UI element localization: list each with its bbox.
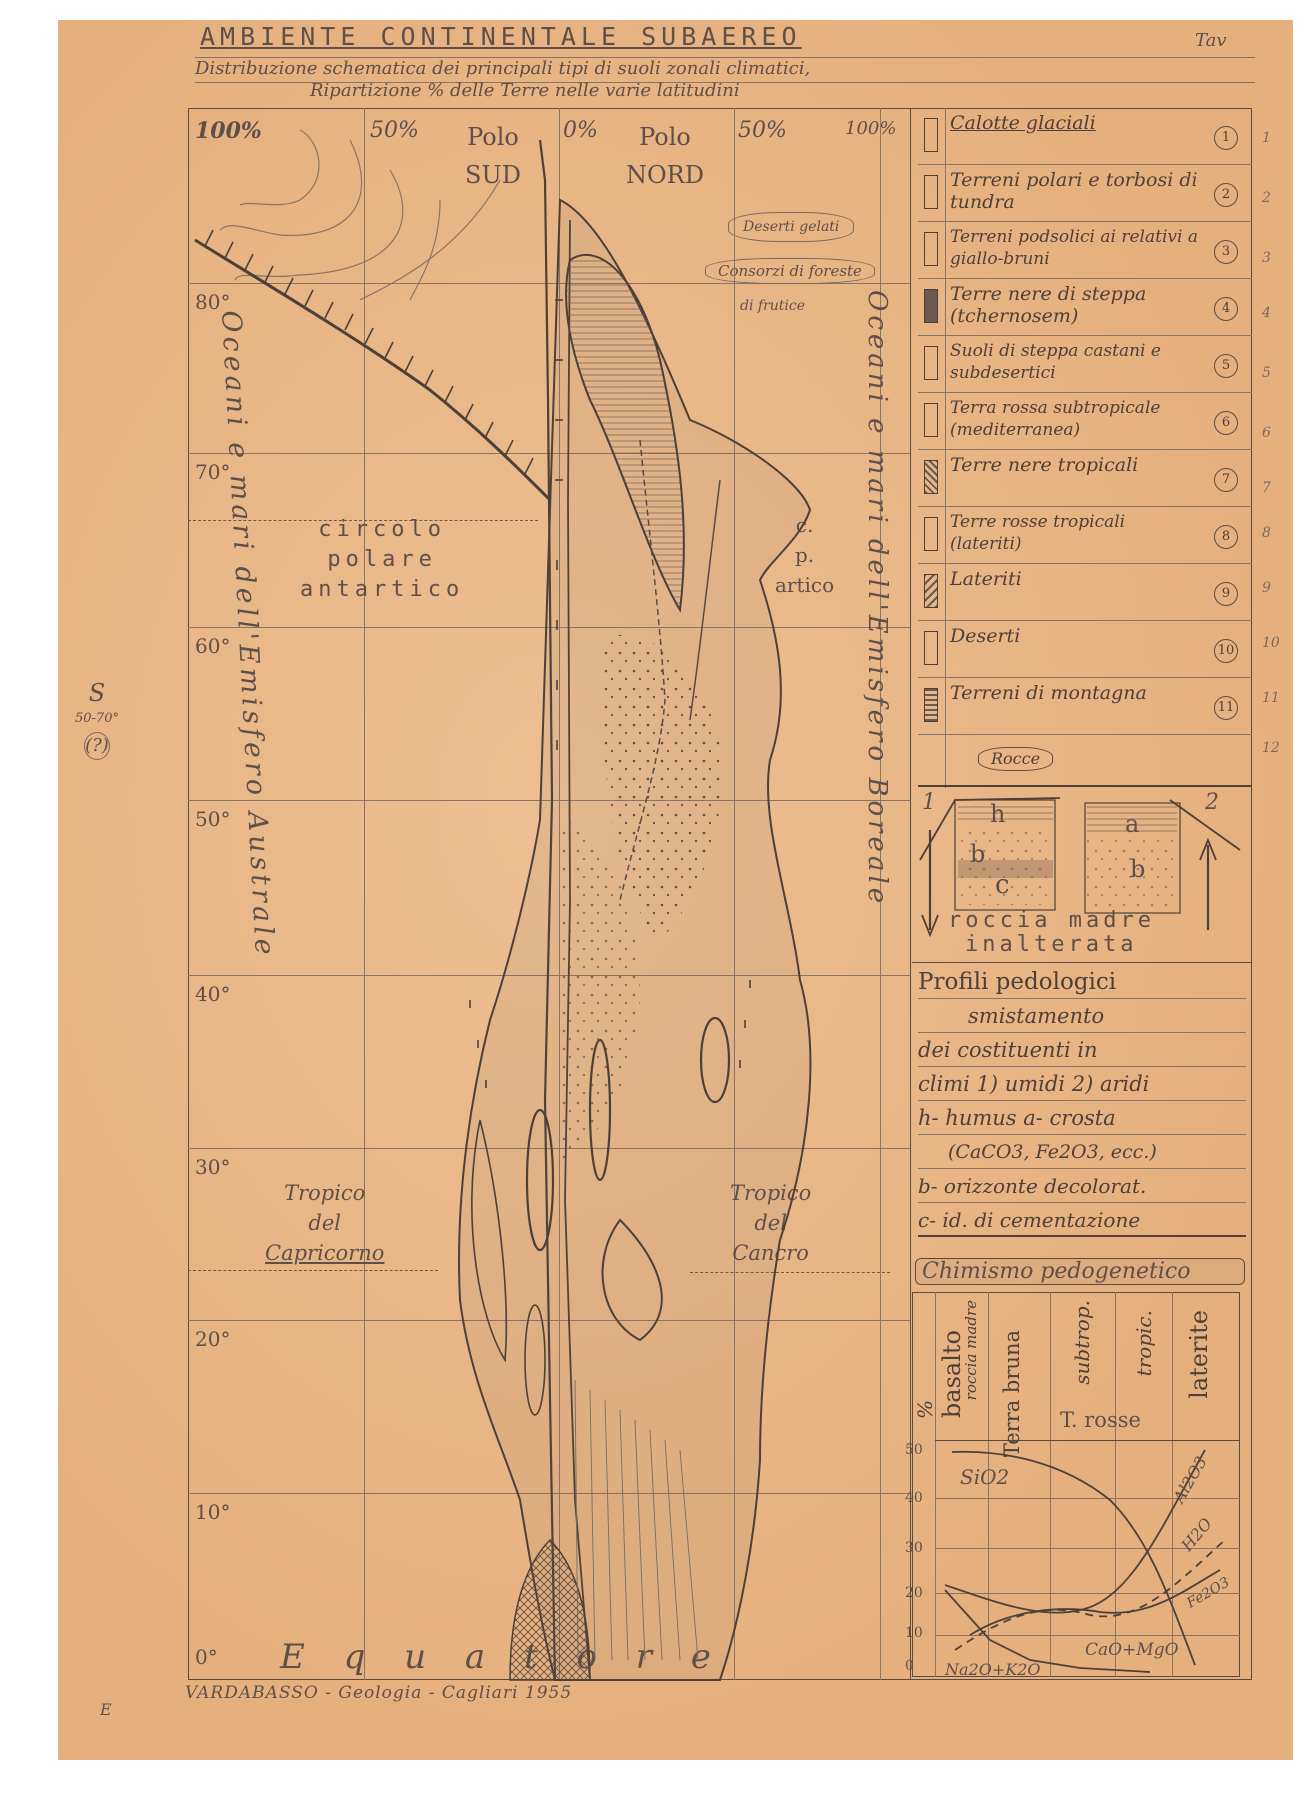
curve-label-na2o-k2o: Na2O+K2O [945, 1660, 1041, 1679]
left-note-range: 50-70° [75, 706, 119, 732]
left-note-question: (?) [84, 732, 110, 760]
footer-signature: VARDABASSO - Geologia - Cagliari 1955 [185, 1683, 572, 1703]
chemistry-curves [0, 0, 1307, 1804]
left-margin-note: S 50-70° (?) [75, 680, 119, 760]
curve-label-cao-mgo: CaO+MgO [1085, 1640, 1179, 1660]
bottom-left-mark: E [100, 1700, 112, 1719]
left-note-s: S [75, 680, 119, 706]
curve-label-sio2: SiO2 [960, 1465, 1009, 1489]
